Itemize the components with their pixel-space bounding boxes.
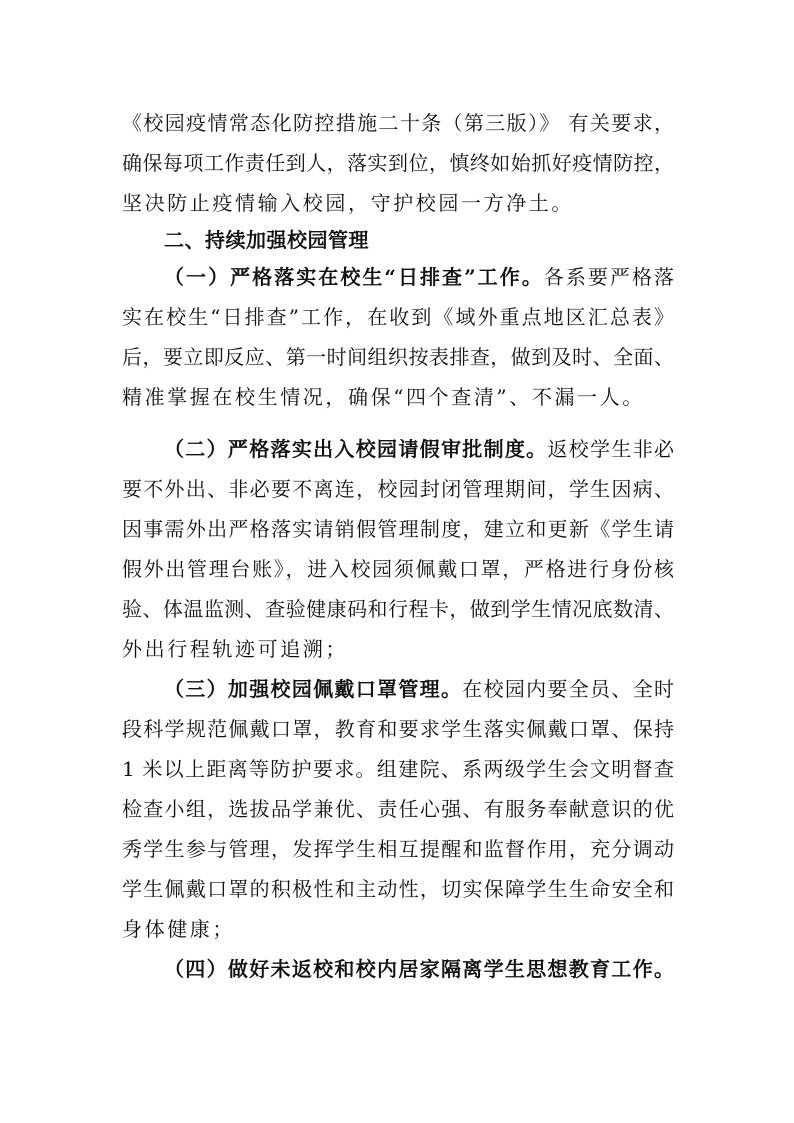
text-line: 假外出管理台账》，进入校园须佩戴口罩，严格进行身份核 [122, 549, 674, 589]
text-line: 身体健康； [122, 909, 674, 949]
subsection-4: （四）做好未返校和校内居家隔离学生思想教育工作。 [122, 949, 674, 989]
subsection-1: （一）严格落实在校生“日排查”工作。各系要严格落 实在校生“日排查”工作，在收到… [122, 257, 674, 417]
text-line: 实在校生“日排查”工作，在收到《域外重点地区汇总表》 [122, 297, 674, 337]
subsection-3: （三）加强校园佩戴口罩管理。在校园内要全员、全时 段科学规范佩戴口罩，教育和要求… [122, 669, 674, 949]
text-run: 各系要严格落 [544, 265, 674, 289]
text-line: 《校园疫情常态化防控措施二十条（第三版）》 有关要求， [122, 103, 674, 143]
document-page: 《校园疫情常态化防控措施二十条（第三版）》 有关要求， 确保每项工作责任到人，落… [0, 0, 794, 1123]
subsection-first-line: （三）加强校园佩戴口罩管理。在校园内要全员、全时 [122, 669, 674, 709]
subsection-title: （二）严格落实出入校园请假审批制度。 [164, 437, 547, 461]
document-body: 《校园疫情常态化防控措施二十条（第三版）》 有关要求， 确保每项工作责任到人，落… [122, 103, 674, 989]
text-line: 因事需外出严格落实请销假管理制度，建立和更新《学生请 [122, 509, 674, 549]
subsection-first-line: （二）严格落实出入校园请假审批制度。返校学生非必 [122, 429, 674, 469]
subsection-title: （四）做好未返校和校内居家隔离学生思想教育工作。 [164, 957, 674, 981]
text-run: 在校园内要全员、全时 [462, 677, 674, 701]
text-line: 精准掌握在校生情况，确保“四个查清”、不漏一人。 [122, 377, 674, 417]
text-line: 学生佩戴口罩的积极性和主动性，切实保障学生生命安全和 [122, 869, 674, 909]
text-line: 段科学规范佩戴口罩，教育和要求学生落实佩戴口罩、保持 [122, 709, 674, 749]
text-line: 要不外出、非必要不离连，校园封闭管理期间，学生因病、 [122, 469, 674, 509]
text-line: 秀学生参与管理，发挥学生相互提醒和监督作用，充分调动 [122, 829, 674, 869]
paragraph-gap [122, 417, 674, 429]
text-line: 后，要立即反应、第一时间组织按表排查，做到及时、全面、 [122, 337, 674, 377]
subsection-title: （一）严格落实在校生“日排查”工作。 [164, 265, 544, 289]
text-line: 验、体温监测、查验健康码和行程卡，做到学生情况底数清、 [122, 589, 674, 629]
subsection-title: （三）加强校园佩戴口罩管理。 [164, 677, 462, 701]
subsection-2: （二）严格落实出入校园请假审批制度。返校学生非必 要不外出、非必要不离连，校园封… [122, 429, 674, 669]
section-heading: 二、持续加强校园管理 [122, 223, 674, 257]
intro-paragraph: 《校园疫情常态化防控措施二十条（第三版）》 有关要求， 确保每项工作责任到人，落… [122, 103, 674, 223]
text-line: 1 米以上距离等防护要求。组建院、系两级学生会文明督查 [122, 749, 674, 789]
text-run: 返校学生非必 [547, 437, 674, 461]
subsection-first-line: （四）做好未返校和校内居家隔离学生思想教育工作。 [122, 949, 674, 989]
subsection-first-line: （一）严格落实在校生“日排查”工作。各系要严格落 [122, 257, 674, 297]
text-line: 确保每项工作责任到人，落实到位，慎终如始抓好疫情防控， [122, 143, 674, 183]
text-line: 坚决防止疫情输入校园，守护校园一方净土。 [122, 183, 674, 223]
text-line: 检查小组，选拔品学兼优、责任心强、有服务奉献意识的优 [122, 789, 674, 829]
text-line: 外出行程轨迹可追溯； [122, 629, 674, 669]
